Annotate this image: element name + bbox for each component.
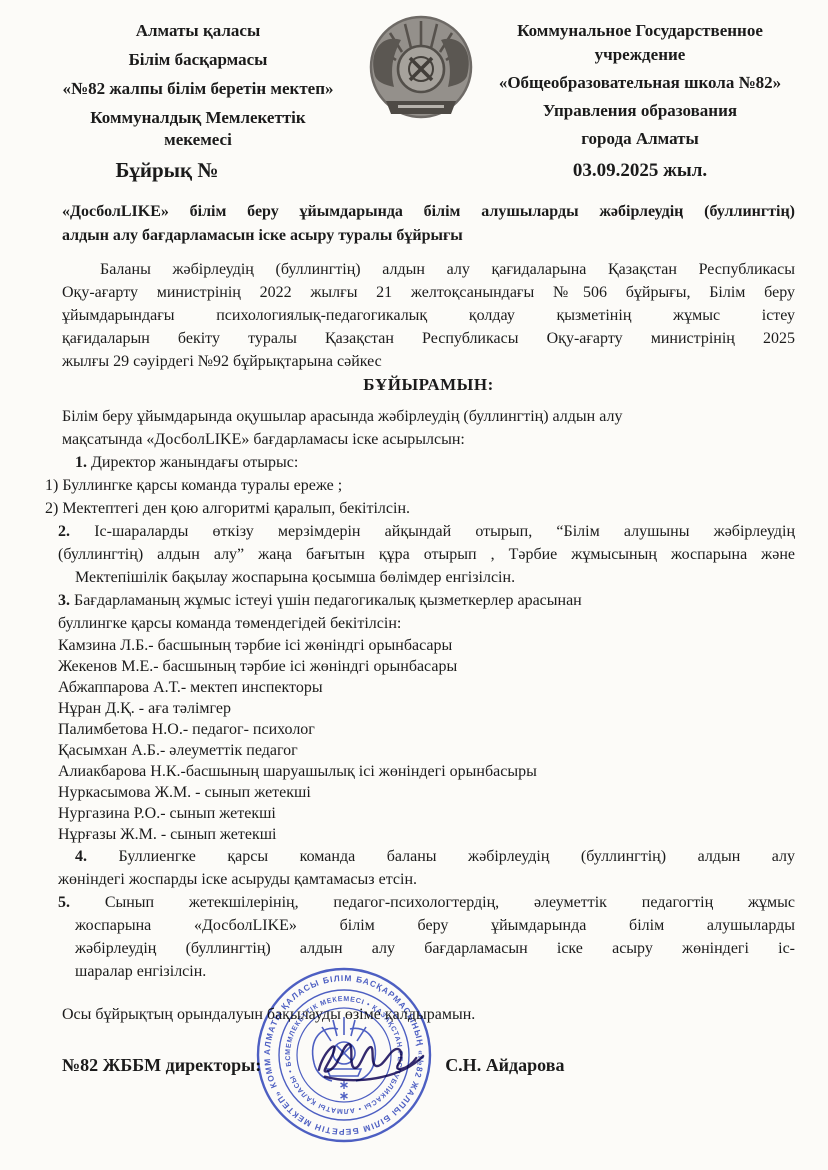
order-item-4: 4. Буллиенгке қарсы команда баланы жәбір… <box>62 845 795 891</box>
team-member: Палимбетова Н.О.- педагог- психолог <box>58 719 795 740</box>
team-member: Алиакбарова Н.К.-басшының шаруашылық ісі… <box>58 761 795 782</box>
team-member: Нуркасымова Ж.М. - сынып жетекші <box>58 782 795 803</box>
order-date: 03.09.2025 жыл. <box>468 160 812 182</box>
order-item-1: 1. Директор жанындағы отырыс: <box>62 451 795 474</box>
director-role-label: №82 ЖББМ директоры: <box>62 1054 261 1077</box>
control-clause: Осы бұйрықтың орындалуын бақылауды өзіме… <box>62 1003 795 1026</box>
kazakhstan-state-emblem-icon <box>356 13 486 125</box>
signature-row: №82 ЖББМ директоры: С.Н. Айдарова <box>62 1044 795 1086</box>
order-title-line-2: алдын алу бағдарламасын іске асыру турал… <box>62 224 795 248</box>
preamble-line-1: Баланы жәбірлеудің (буллингтің) алдын ал… <box>62 258 795 281</box>
item-4-line-2: жөніндегі жоспарды іске асыруды қамтамас… <box>62 868 795 891</box>
item-3-number: 3. <box>58 592 70 609</box>
org-type-kk-line1: Коммуналдық Мемлекеттік <box>52 107 344 129</box>
intro-line-1: Білім беру ұйымдарында оқушылар арасында… <box>62 405 795 428</box>
order-title: «ДосболLIKE» білім беру ұйымдарында білі… <box>62 200 795 248</box>
item-5-line-1: 5. Сынып жетекшілерінің, педагог-психоло… <box>62 891 795 914</box>
item-5-line-2: жоспарына «ДосболLIKE» білім беру ұйымда… <box>62 914 795 937</box>
item-5-line-3: жәбірлеудің (буллингтің) алдын алу бағда… <box>62 937 795 960</box>
handwritten-signature <box>313 1030 431 1086</box>
order-item-3: 3. Бағдарламаның жұмыс істеуі үшін педаг… <box>62 589 795 635</box>
org-type-ru-line1: Коммунальное Государственное <box>468 20 812 42</box>
order-number-label: Бұйрық № <box>52 158 282 183</box>
header-right-ru: Коммунальное Государственное учреждение … <box>468 20 812 156</box>
team-member: Нургазина Р.О.- сынып жетекші <box>58 803 795 824</box>
team-member: Нұрғазы Ж.М. - сынып жетекші <box>58 824 795 845</box>
item-2-line-3: Мектепішілік бақылау жоспарына қосымша б… <box>62 566 795 589</box>
intro-line-2: мақсатында «ДосболLIKE» бағдарламасы іск… <box>62 428 795 451</box>
preamble-line-2: Оқу-ағарту министрінің 2022 жылғы 21 жел… <box>62 281 795 304</box>
preamble-line-4: қағидаларын бекіту туралы Қазақстан Респ… <box>62 327 795 350</box>
team-member: Нұран Д.Қ. - аға тәлімгер <box>58 698 795 719</box>
org-type-kk-line2: мекемесі <box>52 129 344 151</box>
org-city-ru: города Алматы <box>468 128 812 150</box>
preamble-line-5: жылғы 29 сәуірдегі №92 бұйрықтарына сәйк… <box>62 350 795 373</box>
order-item-1-sub-2: 2) Мектептегі ден қою алгоритмі қаралып,… <box>45 497 795 520</box>
scanned-order-document: Алматы қаласы Білім басқармасы «№82 жалп… <box>0 0 828 1170</box>
item-2-line-2: (буллингтің) алдын алу” жаңа бағытын құр… <box>62 543 795 566</box>
team-member: Жекенов М.Е.- басшының тәрбие ісі жөнінд… <box>58 656 795 677</box>
org-department-kk: Білім басқармасы <box>52 49 344 71</box>
team-member: Абжаппарова А.Т.- мектеп инспекторы <box>58 677 795 698</box>
team-member: Қасымхан А.Б.- әлеуметтік педагог <box>58 740 795 761</box>
order-item-2: 2. Іс-шараларды өткізу мерзімдерін айқын… <box>62 520 795 589</box>
item-3-line-2: буллингке қарсы команда төмендегідей бек… <box>62 612 795 635</box>
header-left-kk: Алматы қаласы Білім басқармасы «№82 жалп… <box>52 20 344 151</box>
item-5-number: 5. <box>58 894 70 911</box>
org-department-ru: Управления образования <box>468 100 812 122</box>
anti-bullying-team-list: Камзина Л.Б.- басшының тәрбие ісі жөнінд… <box>58 635 795 845</box>
item-2-line-1: 2. Іс-шараларды өткізу мерзімдерін айқын… <box>62 520 795 543</box>
order-intro: Білім беру ұйымдарында оқушылар арасында… <box>62 405 795 451</box>
director-name: С.Н. Айдарова <box>445 1054 564 1077</box>
stamp-star-icon <box>341 1092 348 1100</box>
resolve-word: БҰЙЫРАМЫН: <box>62 373 795 397</box>
preamble-line-3: ұйымдарындағы психологиялық-педагогикалы… <box>62 304 795 327</box>
item-5-line-4: шаралар енгізілсін. <box>62 960 795 983</box>
item-4-line-1: 4. Буллиенгке қарсы команда баланы жәбір… <box>62 845 795 868</box>
item-1-number: 1. <box>75 454 87 471</box>
team-member: Камзина Л.Б.- басшының тәрбие ісі жөнінд… <box>58 635 795 656</box>
order-title-line-1: «ДосболLIKE» білім беру ұйымдарында білі… <box>62 200 795 224</box>
order-item-5: 5. Сынып жетекшілерінің, педагог-психоло… <box>62 891 795 983</box>
school-name-ru: «Общеобразовательная школа №82» <box>468 72 812 94</box>
order-body: «ДосболLIKE» білім беру ұйымдарында білі… <box>62 200 795 1086</box>
school-name-kk: «№82 жалпы білім беретін мектеп» <box>52 78 344 100</box>
item-2-number: 2. <box>58 523 70 540</box>
order-preamble: Баланы жәбірлеудің (буллингтің) алдын ал… <box>62 258 795 373</box>
item-1-text: Директор жанындағы отырыс: <box>91 454 298 471</box>
item-3-line-1: 3. Бағдарламаның жұмыс істеуі үшін педаг… <box>62 589 795 612</box>
org-type-ru-line2: учреждение <box>468 44 812 66</box>
org-city-kk: Алматы қаласы <box>52 20 344 42</box>
order-item-1-sub-1: 1) Буллингке қарсы команда туралы ереже … <box>45 474 795 497</box>
item-4-number: 4. <box>75 848 87 865</box>
